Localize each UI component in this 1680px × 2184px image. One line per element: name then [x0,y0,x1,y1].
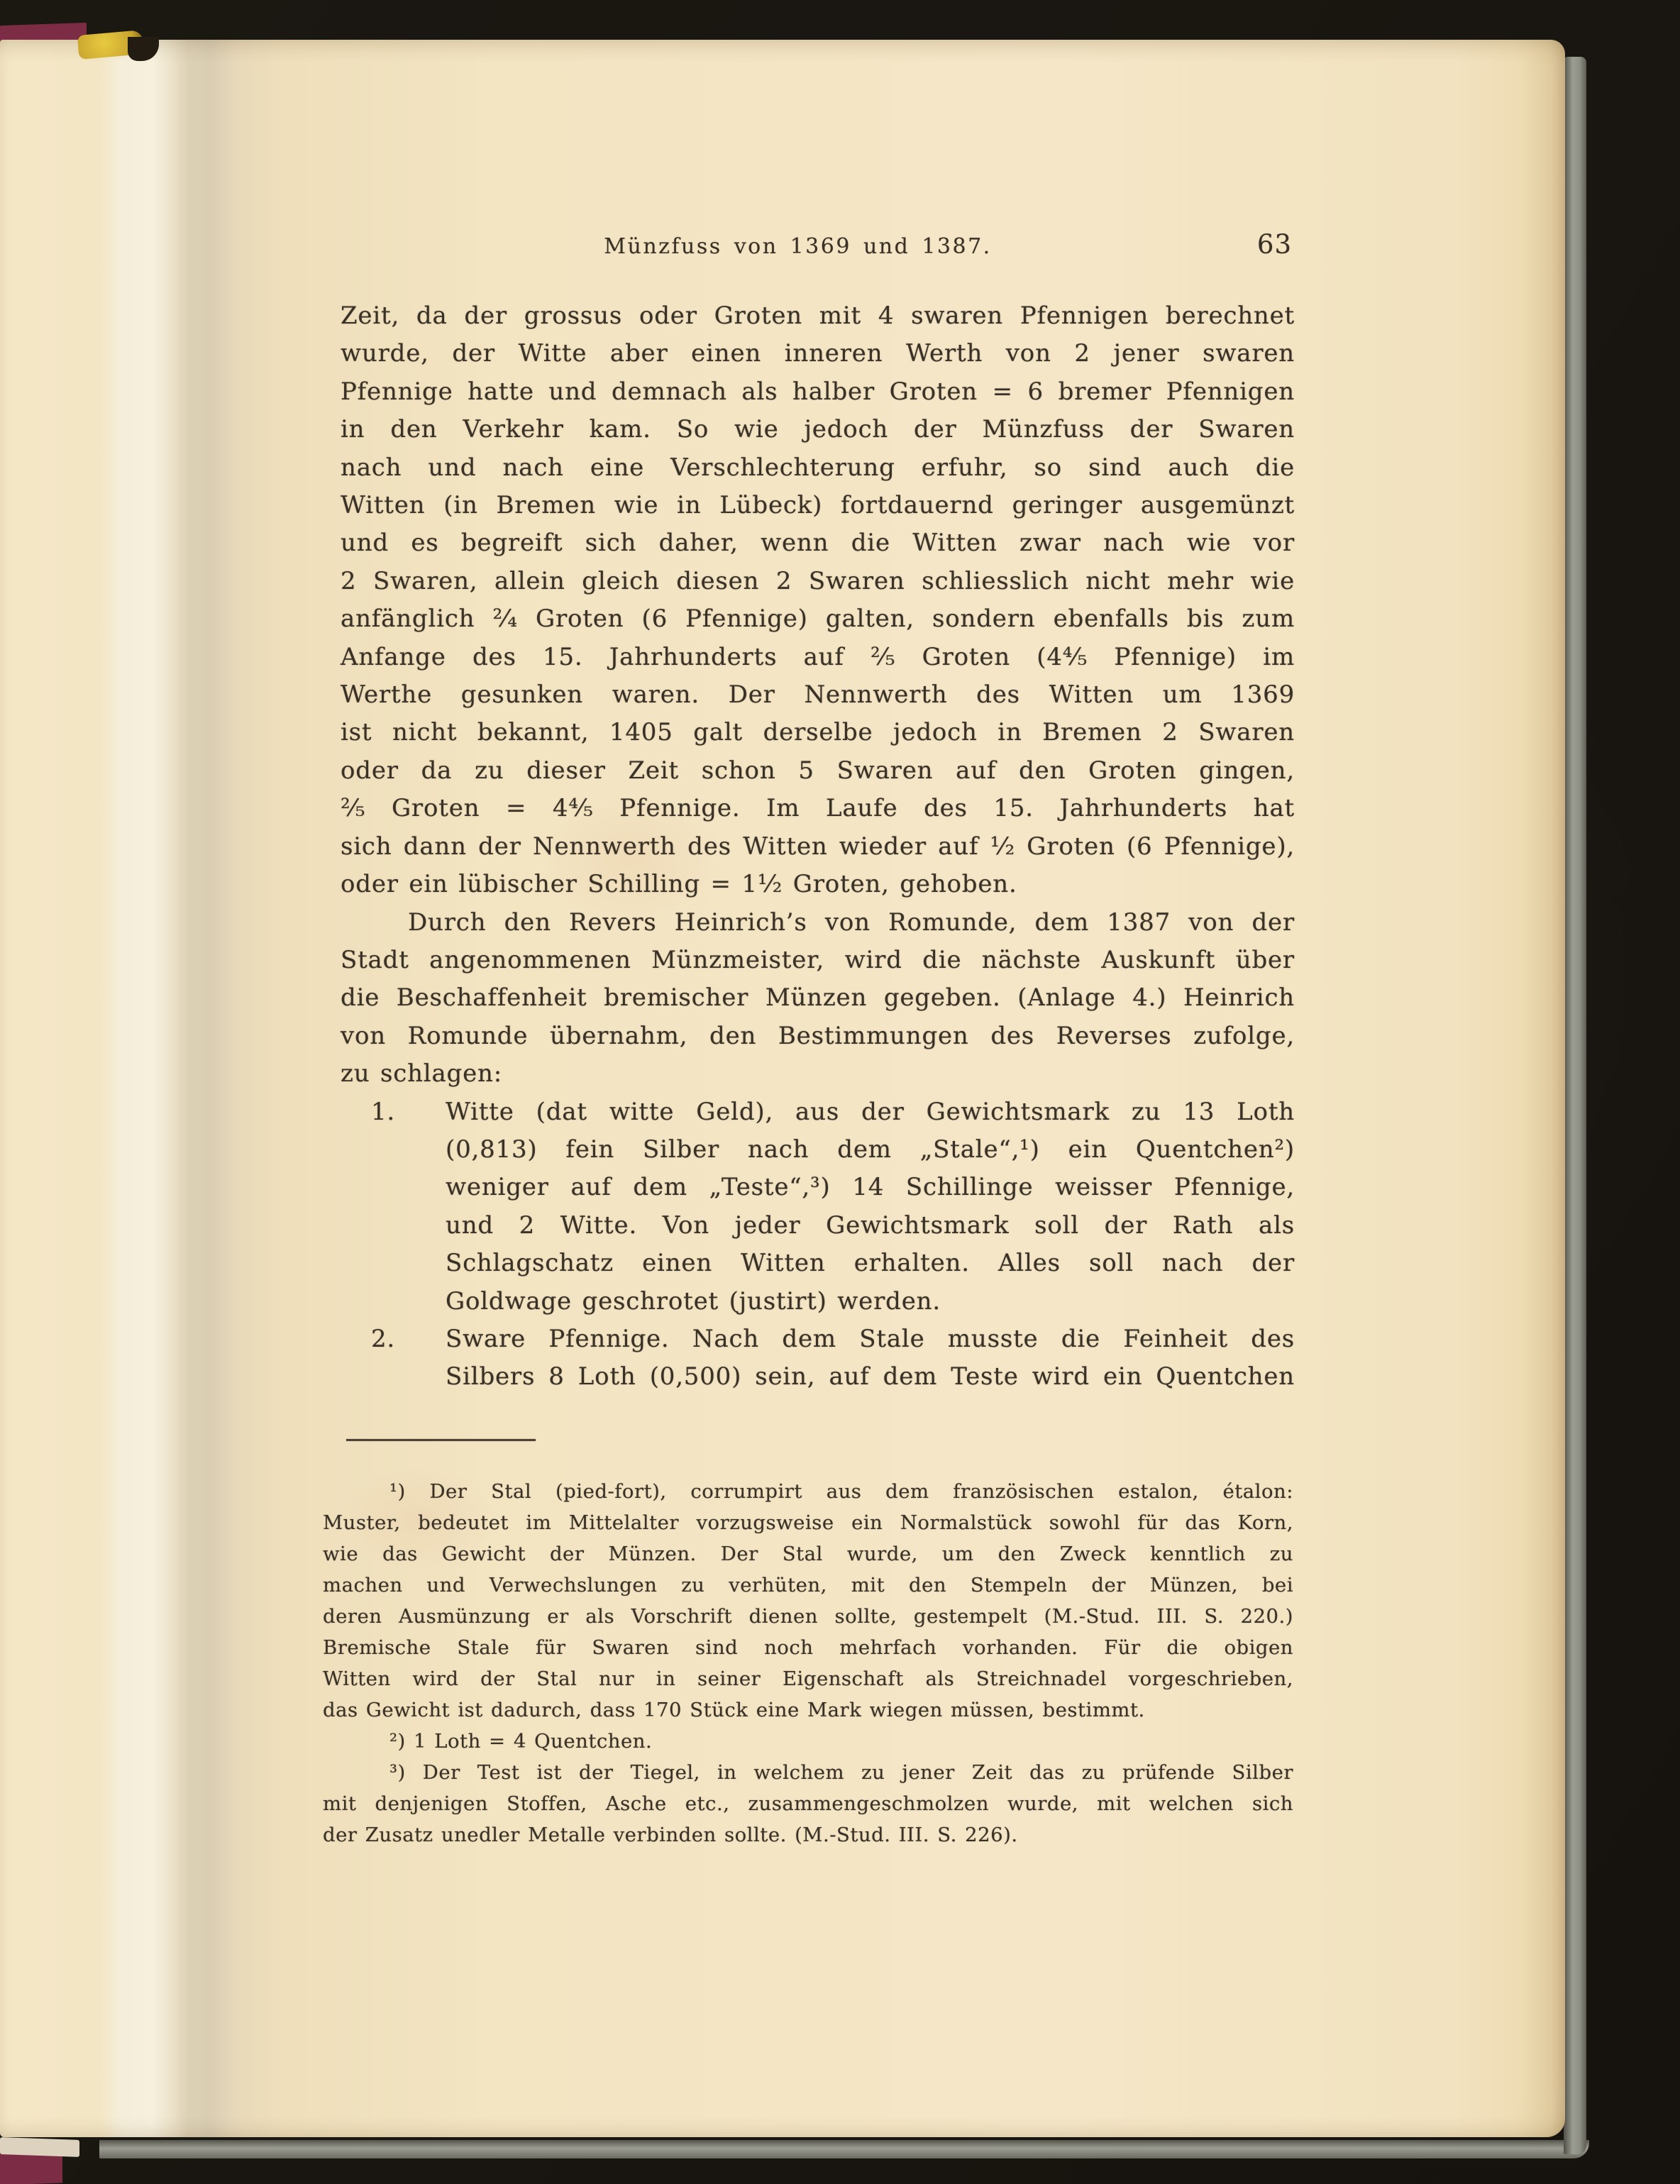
text-line: wurde, der Witte aber einen inneren Wert… [341,335,1295,373]
text-line: die Beschaffenheit bremischer Münzen geg… [341,979,1295,1017]
text-line: in den Verkehr kam. So wie jedoch der Mü… [341,411,1295,448]
text-line: Goldwage geschrotet (justirt) werden. [446,1283,1295,1320]
text-line: Silbers 8 Loth (0,500) sein, auf dem Tes… [446,1358,1295,1396]
text-line: oder da zu dieser Zeit schon 5 Swaren au… [341,752,1295,790]
list-marker: 2. [371,1320,395,1358]
text-line: ³) Der Test ist der Tiegel, in welchem z… [323,1757,1293,1788]
text-line: Anfange des 15. Jahrhunderts auf ²⁄₅ Gro… [341,639,1295,676]
footnotes: ¹) Der Stal (pied-fort), corrumpirt aus … [323,1476,1293,1851]
text-line: wie das Gewicht der Münzen. Der Stal wur… [323,1538,1293,1570]
text-line: und 2 Witte. Von jeder Gewichtsmark soll… [446,1207,1295,1245]
paragraph: Zeit, da der grossus oder Groten mit 4 s… [341,297,1295,904]
text-line: weniger auf dem „Teste“,³) 14 Schillinge… [446,1169,1295,1206]
text-line: machen und Verwechslungen zu verhüten, m… [323,1570,1293,1601]
text-line: anfänglich ²⁄₄ Groten (6 Pfennige) galte… [341,600,1295,638]
text-line: ²⁄₅ Groten = 4⁴⁄₅ Pfennige. Im Laufe des… [341,790,1295,827]
text-line: und es begreift sich daher, wenn die Wit… [341,524,1295,562]
footnote: ¹) Der Stal (pied-fort), corrumpirt aus … [323,1476,1293,1726]
text-line: oder ein lübischer Schilling = 1¹⁄₂ Grot… [341,866,1295,903]
text-line: Muster, bedeutet im Mittelalter vorzugsw… [323,1507,1293,1538]
footnote-separator [346,1439,536,1441]
running-title: Münzfuss von 1369 und 1387. [321,234,1275,259]
text-line: mit denjenigen Stoffen, Asche etc., zusa… [323,1788,1293,1819]
text-line: ¹) Der Stal (pied-fort), corrumpirt aus … [323,1476,1293,1507]
text-line: das Gewicht ist dadurch, dass 170 Stück … [323,1694,1293,1726]
text-line: ²) 1 Loth = 4 Quentchen. [323,1726,1293,1757]
text-line: Schlagschatz einen Witten erhalten. Alle… [446,1245,1295,1282]
text-line: deren Ausmünzung er als Vorschrift diene… [323,1601,1293,1632]
text-line: ist nicht bekannt, 1405 galt derselbe je… [341,714,1295,751]
text-line: Stadt angenommenen Münzmeister, wird die… [341,942,1295,979]
text-line: Bremische Stale für Swaren sind noch meh… [323,1632,1293,1663]
book-page: Münzfuss von 1369 und 1387. 63 Zeit, da … [0,40,1565,2137]
text-line: Witte (dat witte Geld), aus der Gewichts… [446,1093,1295,1131]
page-edges-bottom [99,2140,1589,2158]
footnote: ³) Der Test ist der Tiegel, in welchem z… [323,1757,1293,1851]
body-text: Zeit, da der grossus oder Groten mit 4 s… [341,297,1295,1396]
page-stack-strip-bottom-left [0,2137,79,2157]
list-item: 1.Witte (dat witte Geld), aus der Gewich… [341,1093,1295,1320]
text-line: Werthe gesunken waren. Der Nennwerth des… [341,676,1295,714]
footnote: ²) 1 Loth = 4 Quentchen. [323,1726,1293,1757]
page-header: Münzfuss von 1369 und 1387. 63 [341,234,1295,267]
text-line: 2 Swaren, allein gleich diesen 2 Swaren … [341,563,1295,600]
text-line: Witten wird der Stal nur in seiner Eigen… [323,1663,1293,1694]
text-line: von Romunde übernahm, den Bestimmungen d… [341,1017,1295,1055]
text-line: nach und nach eine Verschlechterung erfu… [341,449,1295,487]
text-line: Sware Pfennige. Nach dem Stale musste di… [446,1320,1295,1358]
text-line: Durch den Revers Heinrich’s von Romunde,… [341,904,1295,942]
text-line: zu schlagen: [341,1055,1295,1093]
page-number: 63 [1257,229,1292,260]
text-line: Pfennige hatte und demnach als halber Gr… [341,373,1295,411]
text-line: Zeit, da der grossus oder Groten mit 4 s… [341,297,1295,335]
list-marker: 1. [371,1093,395,1131]
text-line: sich dann der Nennwerth des Witten wiede… [341,828,1295,866]
text-line: Witten (in Bremen wie in Lübeck) fortdau… [341,487,1295,524]
book-scan-photo: Münzfuss von 1369 und 1387. 63 Zeit, da … [0,0,1680,2184]
list-item: 2.Sware Pfennige. Nach dem Stale musste … [341,1320,1295,1396]
paragraph: Durch den Revers Heinrich’s von Romunde,… [341,904,1295,1093]
text-line: (0,813) fein Silber nach dem „Stale“,¹) … [446,1131,1295,1169]
text-line: der Zusatz unedler Metalle verbinden sol… [323,1819,1293,1851]
page-edges-right [1564,57,1586,2154]
